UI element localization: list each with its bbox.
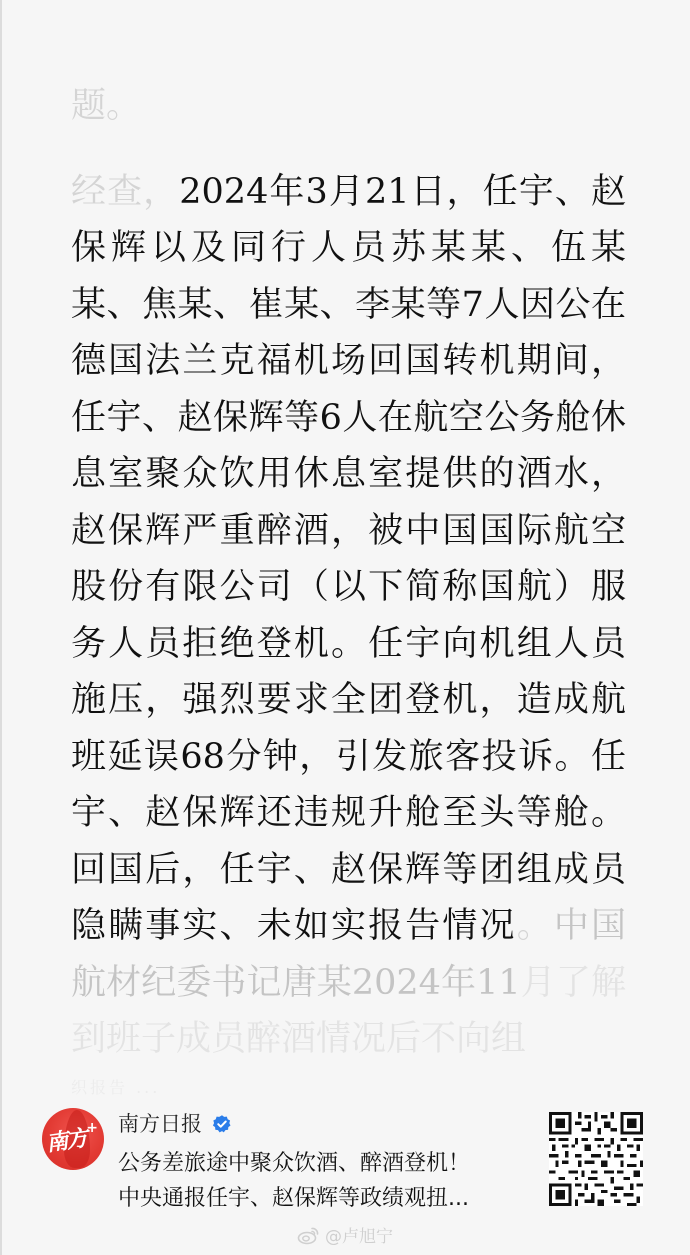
qr-code-icon[interactable] (549, 1112, 643, 1206)
weibo-icon (297, 1225, 321, 1245)
investigation-paragraph: 经查，2024年3月21日，任宇、赵保辉以及同行人员苏某某、伍某某、焦某、崔某、… (71, 164, 626, 1068)
previous-paragraph-tail: 题。 (71, 78, 626, 135)
paragraph-lead: 经查， (71, 172, 179, 212)
watermark-handle: @卢旭宁 (325, 1222, 393, 1247)
headline-line-2[interactable]: 中央通报任宇、赵保辉等政绩观扭... (118, 1184, 469, 1214)
left-border (0, 0, 2, 1255)
article-body: 题。 经查，2024年3月21日，任宇、赵保辉以及同行人员苏某某、伍某某、焦某、… (71, 78, 626, 1096)
source-name[interactable]: 南方日报 (118, 1109, 232, 1139)
headline-line-1[interactable]: 公务差旅途中聚众饮酒、醉酒登机！ (118, 1149, 470, 1179)
verified-badge-icon (212, 1114, 232, 1134)
paragraph-end-punct: 。 (517, 906, 554, 946)
nanfang-logo-icon: 南方 + (42, 1108, 104, 1170)
paragraph-body: 2024年3月21日，任宇、赵保辉以及同行人员苏某某、伍某某、焦某、崔某、李某等… (71, 172, 626, 947)
watermark: @卢旭宁 (297, 1222, 393, 1247)
